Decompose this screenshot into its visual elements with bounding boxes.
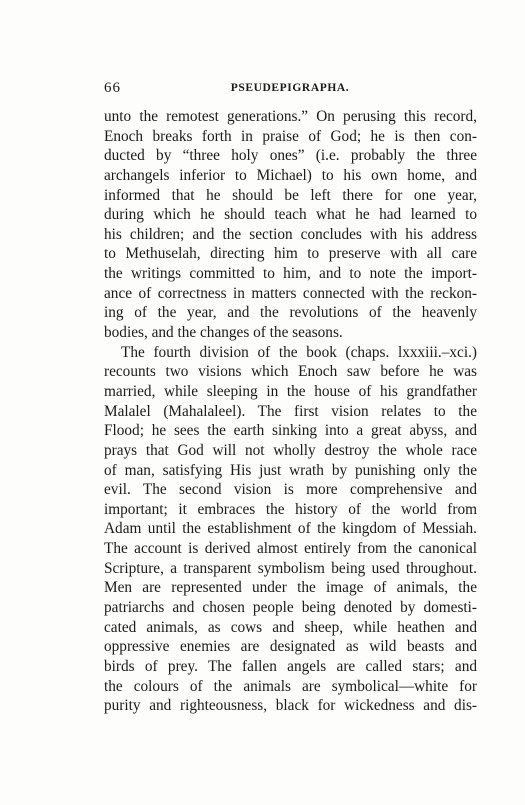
text-line: important; it embraces the history of th… (104, 500, 477, 520)
text-line: ance of correctness in matters connected… (104, 284, 477, 304)
text-line: ing of the year, and the revolutions of … (104, 303, 477, 323)
text-line: The account is derived almost entirely f… (104, 539, 477, 559)
text-line: patriarchs and chosen people being denot… (104, 598, 477, 618)
text-line: Scripture, a transparent symbolism being… (104, 559, 477, 579)
body-text: unto the remotest generations.” On perus… (104, 107, 477, 716)
text-line: informed that he should be left there fo… (104, 186, 477, 206)
text-line: to Methuselah, directing him to preserve… (104, 244, 477, 264)
text-line: Men are represented under the image of a… (104, 578, 477, 598)
text-line: ducted by “three holy ones” (i.e. probab… (104, 146, 477, 166)
paragraph-start-line: The fourth division of the book (chaps. … (104, 343, 477, 363)
text-line: cated animals, as cows and sheep, while … (104, 618, 477, 638)
page-header: 66 PSEUDEPIGRAPHA. (104, 80, 476, 96)
text-line: unto the remotest generations.” On perus… (104, 107, 477, 127)
text-line: his children; and the section concludes … (104, 225, 477, 245)
text-line: Adam until the establishment of the king… (104, 519, 477, 539)
text-line: the colours of the animals are symbolica… (104, 677, 477, 697)
text-line: purity and righteousness, black for wick… (104, 696, 477, 716)
text-line: prays that God will not wholly destroy t… (104, 441, 477, 461)
text-line: Flood; he sees the earth sinking into a … (104, 421, 477, 441)
text-line: archangels inferior to Michael) to his o… (104, 166, 477, 186)
book-page: 66 PSEUDEPIGRAPHA. unto the remotest gen… (0, 0, 525, 805)
running-head: PSEUDEPIGRAPHA. (104, 82, 476, 94)
text-line: of man, satisfying His just wrath by pun… (104, 461, 477, 481)
text-line: the writings committed to him, and to no… (104, 264, 477, 284)
paragraph-end-line: bodies, and the changes of the seasons. (104, 323, 477, 343)
text-line: married, while sleeping in the house of … (104, 382, 477, 402)
text-line: evil. The second vision is more comprehe… (104, 480, 477, 500)
text-line: oppressive enemies are designated as wil… (104, 637, 477, 657)
text-line: birds of prey. The fallen angels are cal… (104, 657, 477, 677)
text-line: recounts two visions which Enoch saw bef… (104, 362, 477, 382)
text-line: during which he should teach what he had… (104, 205, 477, 225)
text-line: Enoch breaks forth in praise of God; he … (104, 127, 477, 147)
text-line: Malalel (Mahalaleel). The first vision r… (104, 402, 477, 422)
